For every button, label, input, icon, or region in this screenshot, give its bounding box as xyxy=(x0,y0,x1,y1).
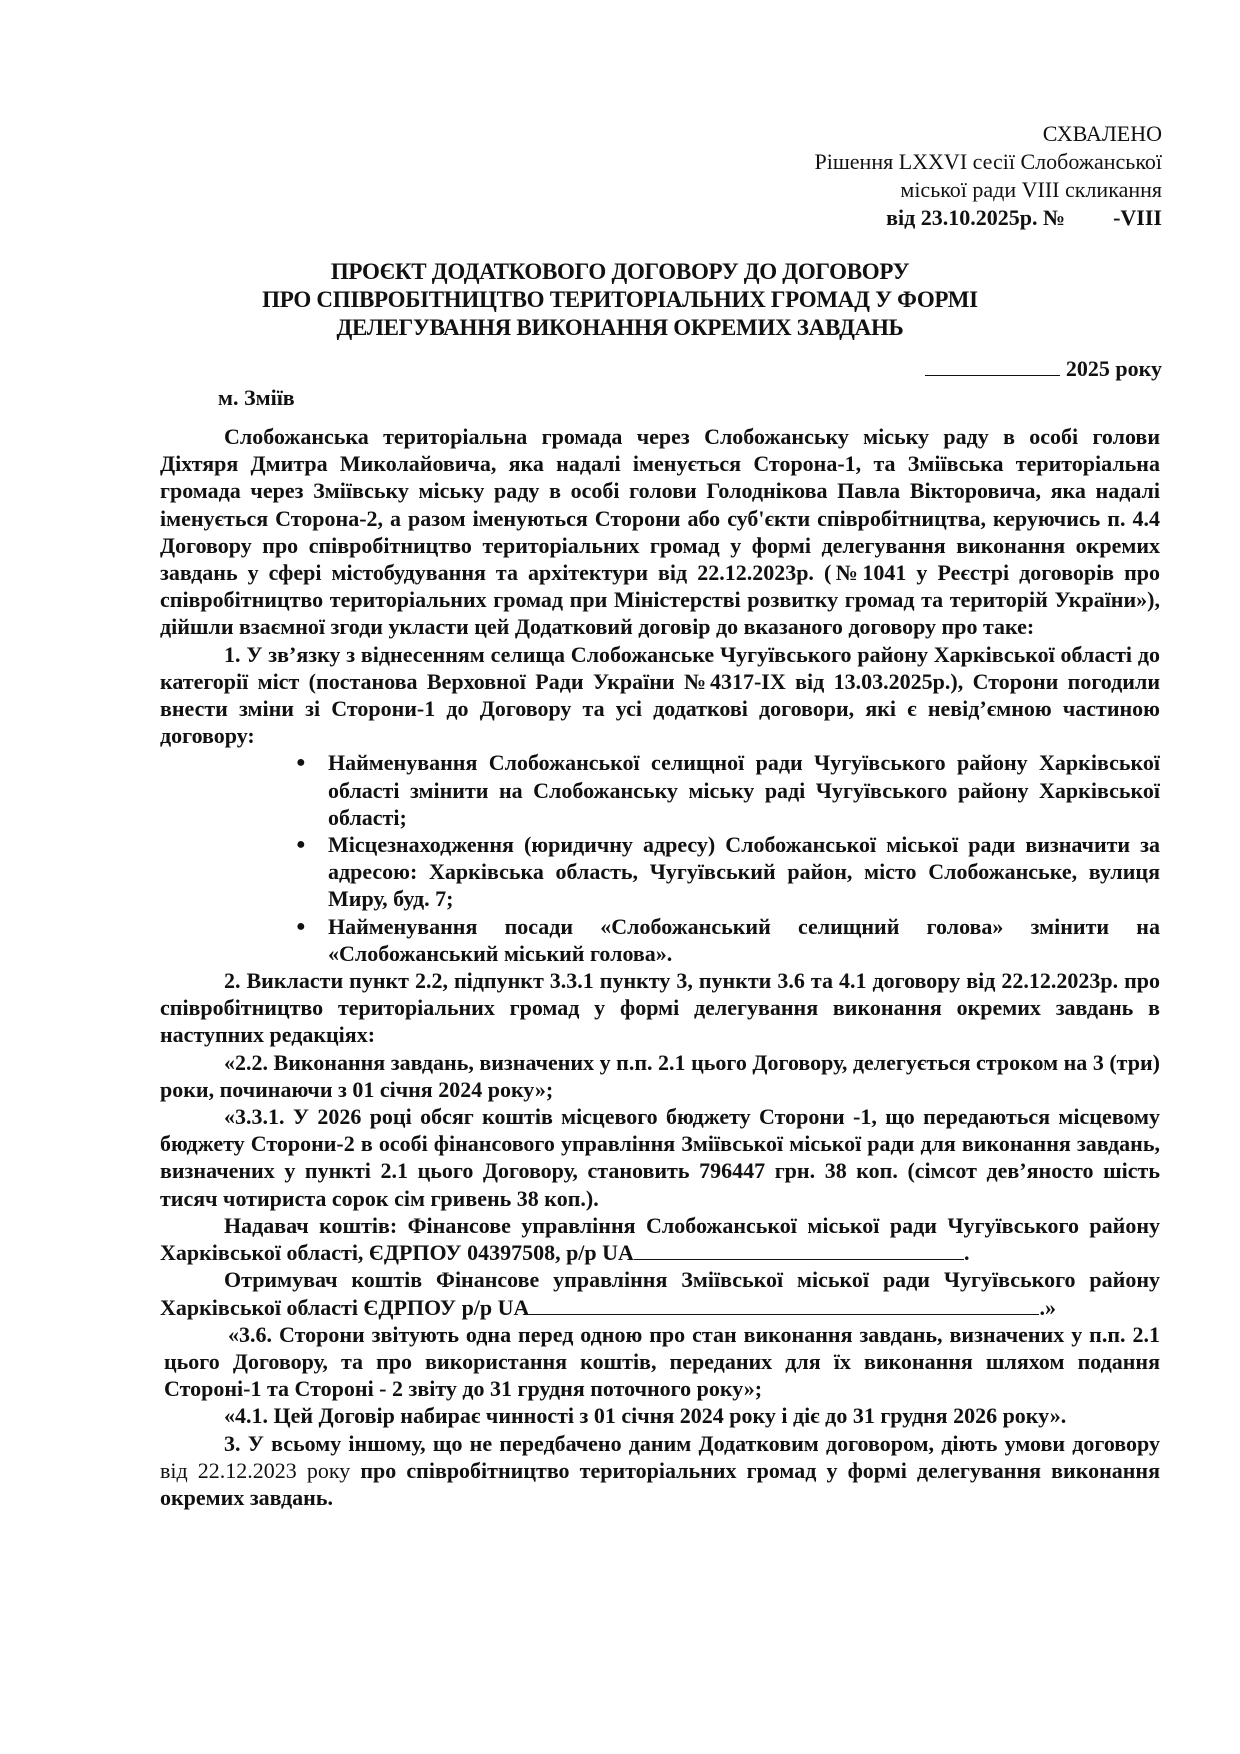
date-year: 2025 року xyxy=(1066,356,1162,381)
item-3-date: від 22.12.2023 року xyxy=(160,1458,350,1483)
clause-3-6: «3.6. Сторони звітують одна перед одною … xyxy=(160,1321,1160,1403)
title-line-1: ПРОЄКТ ДОДАТКОВОГО ДОГОВОРУ ДО ДОГОВОРУ xyxy=(0,258,1240,286)
item-3-part-1: 3. У всьому іншому, що не передбачено да… xyxy=(224,1431,1160,1456)
title-line-2: ПРО СПІВРОБІТНИЦТВО ТЕРИТОРІАЛЬНИХ ГРОМА… xyxy=(0,286,1240,314)
preamble-paragraph: Слобожанська територіальна громада через… xyxy=(160,423,1160,641)
city: м. Зміїв xyxy=(218,385,295,411)
recipient-end: .» xyxy=(1039,1295,1056,1320)
recipient-paragraph: Отримувач коштів Фінансове управління Зм… xyxy=(160,1266,1160,1320)
approval-date: від 23.10.2025р. № xyxy=(886,205,1065,230)
item-2-paragraph: 2. Викласти пункт 2.2, підпункт 3.3.1 пу… xyxy=(160,967,1160,1049)
list-item-text: Найменування посади «Слобожанський селищ… xyxy=(328,914,1160,966)
approval-heading: СХВАЛЕНО xyxy=(815,120,1163,148)
bullet-icon: ● xyxy=(296,913,306,940)
clause-3-3-1: «3.3.1. У 2026 році обсяг коштів місцево… xyxy=(160,1103,1160,1212)
changes-list: ●Найменування Слобожанської селищної рад… xyxy=(160,749,1160,967)
bullet-icon: ● xyxy=(296,749,306,776)
payer-account-blank xyxy=(634,1239,964,1260)
list-item: ●Найменування посади «Слобожанський сели… xyxy=(300,913,1160,967)
recipient-account-blank xyxy=(529,1294,1039,1315)
contract-date: 2025 року xyxy=(925,355,1162,382)
list-item-text: Місцезнаходження (юридичну адресу) Слобо… xyxy=(328,832,1160,911)
approval-decision: Рішення LXXVI сесії Слобожанської xyxy=(815,148,1163,176)
approval-council: міської ради VIII скликання xyxy=(815,176,1163,204)
list-item-text: Найменування Слобожанської селищної ради… xyxy=(328,750,1160,829)
item-1-paragraph: 1. У зв’язку з віднесенням селища Слобож… xyxy=(160,641,1160,750)
approval-number-suffix: -VIII xyxy=(1113,205,1162,230)
bullet-icon: ● xyxy=(296,831,306,858)
list-item: ●Найменування Слобожанської селищної рад… xyxy=(300,749,1160,831)
clause-4-1: «4.1. Цей Договір набирає чинності з 01 … xyxy=(160,1402,1160,1429)
clause-2-2: «2.2. Виконання завдань, визначених у п.… xyxy=(160,1049,1160,1103)
date-blank-field xyxy=(925,355,1060,376)
document-title: ПРОЄКТ ДОДАТКОВОГО ДОГОВОРУ ДО ДОГОВОРУ … xyxy=(0,258,1240,342)
item-3-paragraph: 3. У всьому іншому, що не передбачено да… xyxy=(160,1430,1160,1512)
approval-stamp: СХВАЛЕНО Рішення LXXVI сесії Слобожанськ… xyxy=(815,120,1163,232)
title-line-3: ДЕЛЕГУВАННЯ ВИКОНАННЯ ОКРЕМИХ ЗАВДАНЬ xyxy=(0,314,1240,342)
list-item: ●Місцезнаходження (юридичну адресу) Слоб… xyxy=(300,831,1160,913)
document-body: Слобожанська територіальна громада через… xyxy=(160,423,1160,1511)
payer-end: . xyxy=(964,1240,970,1265)
payer-paragraph: Надавач коштів: Фінансове управління Сло… xyxy=(160,1212,1160,1266)
document-page: СХВАЛЕНО Рішення LXXVI сесії Слобожанськ… xyxy=(0,0,1240,1754)
approval-date-number: від 23.10.2025р. №-VIII xyxy=(815,204,1163,232)
